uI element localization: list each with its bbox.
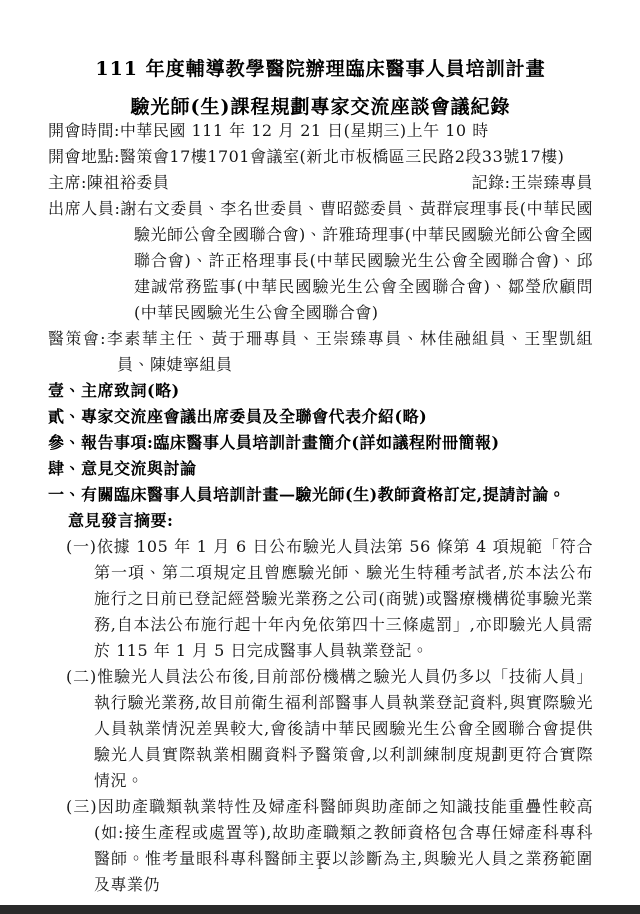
chair-value: 陳祖裕委員 (87, 173, 170, 192)
jct-staff-row: 醫策會:李素華主任、黃于珊專員、王崇臻專員、林佳融組員、王聖凱組員、陳婕寧組員 (48, 326, 593, 378)
opinion-item-3: (三)因助產職類執業特性及婦產科醫師與助產師之知識技能重疊性較高(如:接生產程或… (66, 794, 593, 898)
meeting-time-value: 中華民國 111 年 12 月 21 日(星期三)上午 10 時 (120, 121, 489, 140)
attendees-label: 出席人員: (48, 199, 120, 218)
document-title: 111 年度輔導教學醫院辦理臨床醫事人員培訓計畫 驗光師(生)課程規劃專家交流座… (48, 50, 593, 126)
meeting-minutes-page: 111 年度輔導教學醫院辦理臨床醫事人員培訓計畫 驗光師(生)課程規劃專家交流座… (0, 0, 640, 914)
agenda-item-1: 壹、主席致詞(略) (48, 378, 593, 404)
agenda-item-4: 肆、意見交流與討論 (48, 456, 593, 482)
jct-staff-label: 醫策會: (48, 329, 106, 348)
page-content: 111 年度輔導教學醫院辦理臨床醫事人員培訓計畫 驗光師(生)課程規劃專家交流座… (48, 0, 593, 898)
meeting-time-row: 開會時間:中華民國 111 年 12 月 21 日(星期三)上午 10 時 (48, 118, 593, 144)
chair-recorder-row: 主席:陳祖裕委員 記錄:王崇臻專員 (48, 170, 593, 196)
document-title-line-1: 111 年度輔導教學醫院辦理臨床醫事人員培訓計畫 (48, 50, 593, 88)
meeting-location-label: 開會地點: (48, 147, 120, 166)
chair-label: 主席: (48, 173, 87, 192)
meeting-meta: 開會時間:中華民國 111 年 12 月 21 日(星期三)上午 10 時 開會… (48, 118, 593, 378)
recorder-value: 王崇臻專員 (510, 173, 593, 192)
agenda-item-3: 參、報告事項:臨床醫事人員培訓計畫簡介(詳如議程附冊簡報) (48, 430, 593, 456)
attendees-row: 出席人員:謝右文委員、李名世委員、曹昭懿委員、黃群宸理事長(中華民國驗光師公會全… (48, 196, 593, 326)
agenda-item-2: 貳、專家交流座會議出席委員及全聯會代表介紹(略) (48, 404, 593, 430)
discussion-section: 一、有關臨床醫事人員培訓計畫—驗光師(生)教師資格訂定,提請討論。 意見發言摘要… (48, 482, 593, 898)
opinion-item-1: (一)依據 105 年 1 月 6 日公布驗光人員法第 56 條第 4 項規範「… (66, 534, 593, 664)
attendees-value: 謝右文委員、李名世委員、曹昭懿委員、黃群宸理事長(中華民國驗光師公會全國聯合會)… (120, 199, 593, 322)
meeting-location-value: 醫策會17樓1701會議室(新北市板橋區三民路2段33號17樓) (120, 147, 564, 166)
opinion-summary-heading: 意見發言摘要: (68, 508, 593, 534)
page-bottom-edge (0, 905, 640, 914)
document-page: { "page": { "title_line1": "111 年度輔導教學醫院… (0, 0, 640, 914)
recorder-field: 記錄:王崇臻專員 (472, 170, 593, 196)
recorder-label: 記錄: (472, 173, 511, 192)
agenda-list: 壹、主席致詞(略) 貳、專家交流座會議出席委員及全聯會代表介紹(略) 參、報告事… (48, 378, 593, 482)
meeting-time-label: 開會時間: (48, 121, 120, 140)
jct-staff-value: 李素華主任、黃于珊專員、王崇臻專員、林佳融組員、王聖凱組員、陳婕寧組員 (106, 329, 593, 374)
page-number: 1 (0, 858, 640, 872)
chair-field: 主席:陳祖裕委員 (48, 170, 169, 196)
opinion-item-2: (二)惟驗光人員法公布後,目前部份機構之驗光人員仍多以「技術人員」執行驗光業務,… (66, 664, 593, 794)
meeting-location-row: 開會地點:醫策會17樓1701會議室(新北市板橋區三民路2段33號17樓) (48, 144, 593, 170)
discussion-topic: 一、有關臨床醫事人員培訓計畫—驗光師(生)教師資格訂定,提請討論。 (48, 482, 593, 508)
